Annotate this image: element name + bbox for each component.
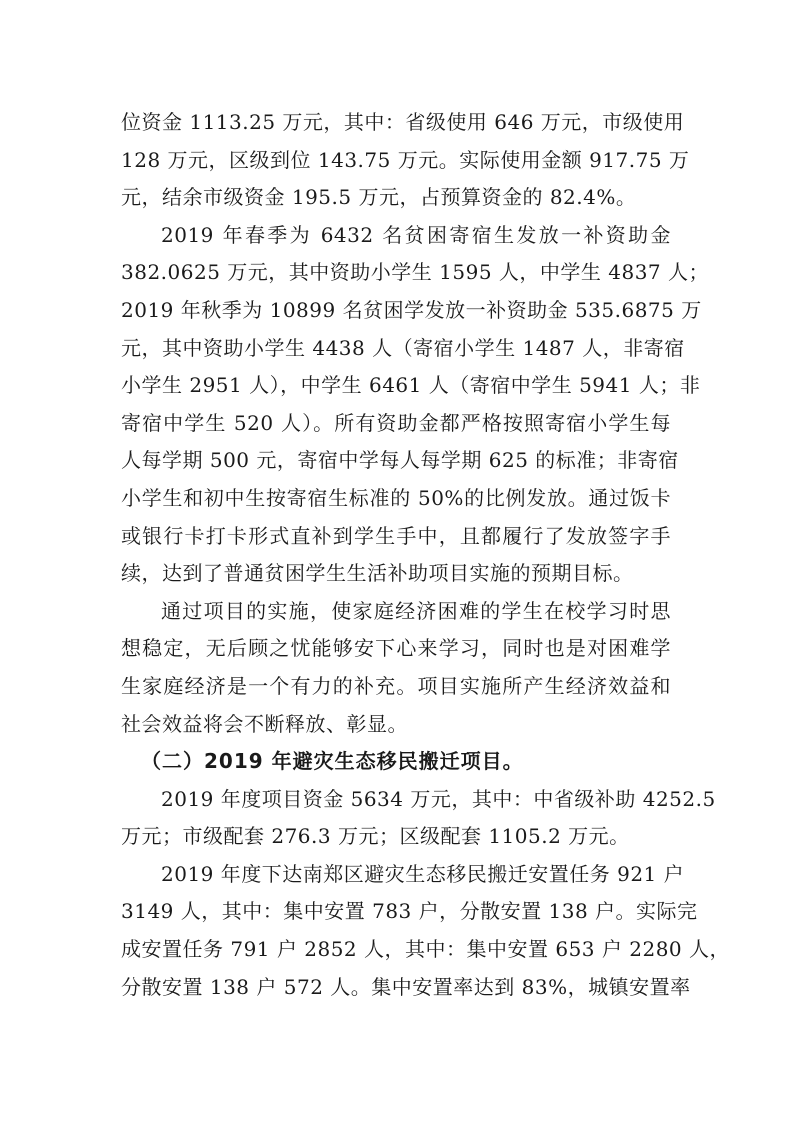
text-line: 小学生和初中生按寄宿生标准的 50%的比例发放。通过饭卡 — [121, 480, 671, 518]
text-line: 或银行卡打卡形式直补到学生手中，且都履行了发放签字手 — [121, 518, 671, 556]
text-line: 人每学期 500 元，寄宿中学每人每学期 625 的标准；非寄宿 — [121, 442, 671, 480]
text-line: 续，达到了普通贫困学生生活补助项目实施的预期目标。 — [121, 555, 671, 593]
text-line: 成安置任务 791 户 2852 人，其中：集中安置 653 户 2280 人， — [121, 931, 671, 969]
text-line: 通过项目的实施，使家庭经济困难的学生在校学习时思 — [121, 593, 671, 631]
text-line: 元，结余市级资金 195.5 万元，占预算资金的 82.4%。 — [121, 179, 671, 217]
text-line: 382.0625 万元，其中资助小学生 1595 人，中学生 4837 人； — [121, 254, 671, 292]
text-line: 2019 年秋季为 10899 名贫困学发放一补资助金 535.6875 万 — [121, 292, 671, 330]
text-line: 128 万元，区级到位 143.75 万元。实际使用金额 917.75 万 — [121, 142, 671, 180]
paragraph-subsidy-distribution: 2019 年春季为 6432 名贫困寄宿生发放一补资助金 382.0625 万元… — [121, 217, 671, 593]
text-line: 万元；市级配套 276.3 万元；区级配套 1105.2 万元。 — [121, 818, 671, 856]
text-line: 想稳定，无后顾之忧能够安下心来学习，同时也是对困难学 — [121, 630, 671, 668]
text-line: 小学生 2951 人），中学生 6461 人（寄宿中学生 5941 人；非 — [121, 367, 671, 405]
text-line: 社会效益将会不断释放、彰显。 — [121, 706, 671, 744]
text-line: 分散安置 138 户 572 人。集中安置率达到 83%，城镇安置率 — [121, 969, 671, 1007]
text-line: 3149 人，其中：集中安置 783 户，分散安置 138 户。实际完 — [121, 893, 671, 931]
section-heading: （二）2019 年避灾生态移民搬迁项目。 — [121, 743, 671, 781]
paragraph-fund-usage: 位资金 1113.25 万元，其中：省级使用 646 万元，市级使用 128 万… — [121, 104, 671, 217]
text-line: 2019 年春季为 6432 名贫困寄宿生发放一补资助金 — [121, 217, 671, 255]
text-line: 元，其中资助小学生 4438 人（寄宿小学生 1487 人，非寄宿 — [121, 330, 671, 368]
paragraph-relocation-tasks: 2019 年度下达南郑区避灾生态移民搬迁安置任务 921 户 3149 人，其中… — [121, 856, 671, 1006]
text-line: 寄宿中学生 520 人）。所有资助金都严格按照寄宿小学生每 — [121, 405, 671, 443]
document-page: 位资金 1113.25 万元，其中：省级使用 646 万元，市级使用 128 万… — [121, 104, 671, 1006]
text-line: 2019 年度下达南郑区避灾生态移民搬迁安置任务 921 户 — [121, 856, 671, 894]
paragraph-project-benefits: 通过项目的实施，使家庭经济困难的学生在校学习时思 想稳定，无后顾之忧能够安下心来… — [121, 593, 671, 743]
paragraph-relocation-funds: 2019 年度项目资金 5634 万元，其中：中省级补助 4252.5 万元；市… — [121, 781, 671, 856]
text-line: 位资金 1113.25 万元，其中：省级使用 646 万元，市级使用 — [121, 104, 671, 142]
section-heading-relocation-project: （二）2019 年避灾生态移民搬迁项目。 — [121, 743, 671, 781]
text-line: 2019 年度项目资金 5634 万元，其中：中省级补助 4252.5 — [121, 781, 671, 819]
text-line: 生家庭经济是一个有力的补充。项目实施所产生经济效益和 — [121, 668, 671, 706]
